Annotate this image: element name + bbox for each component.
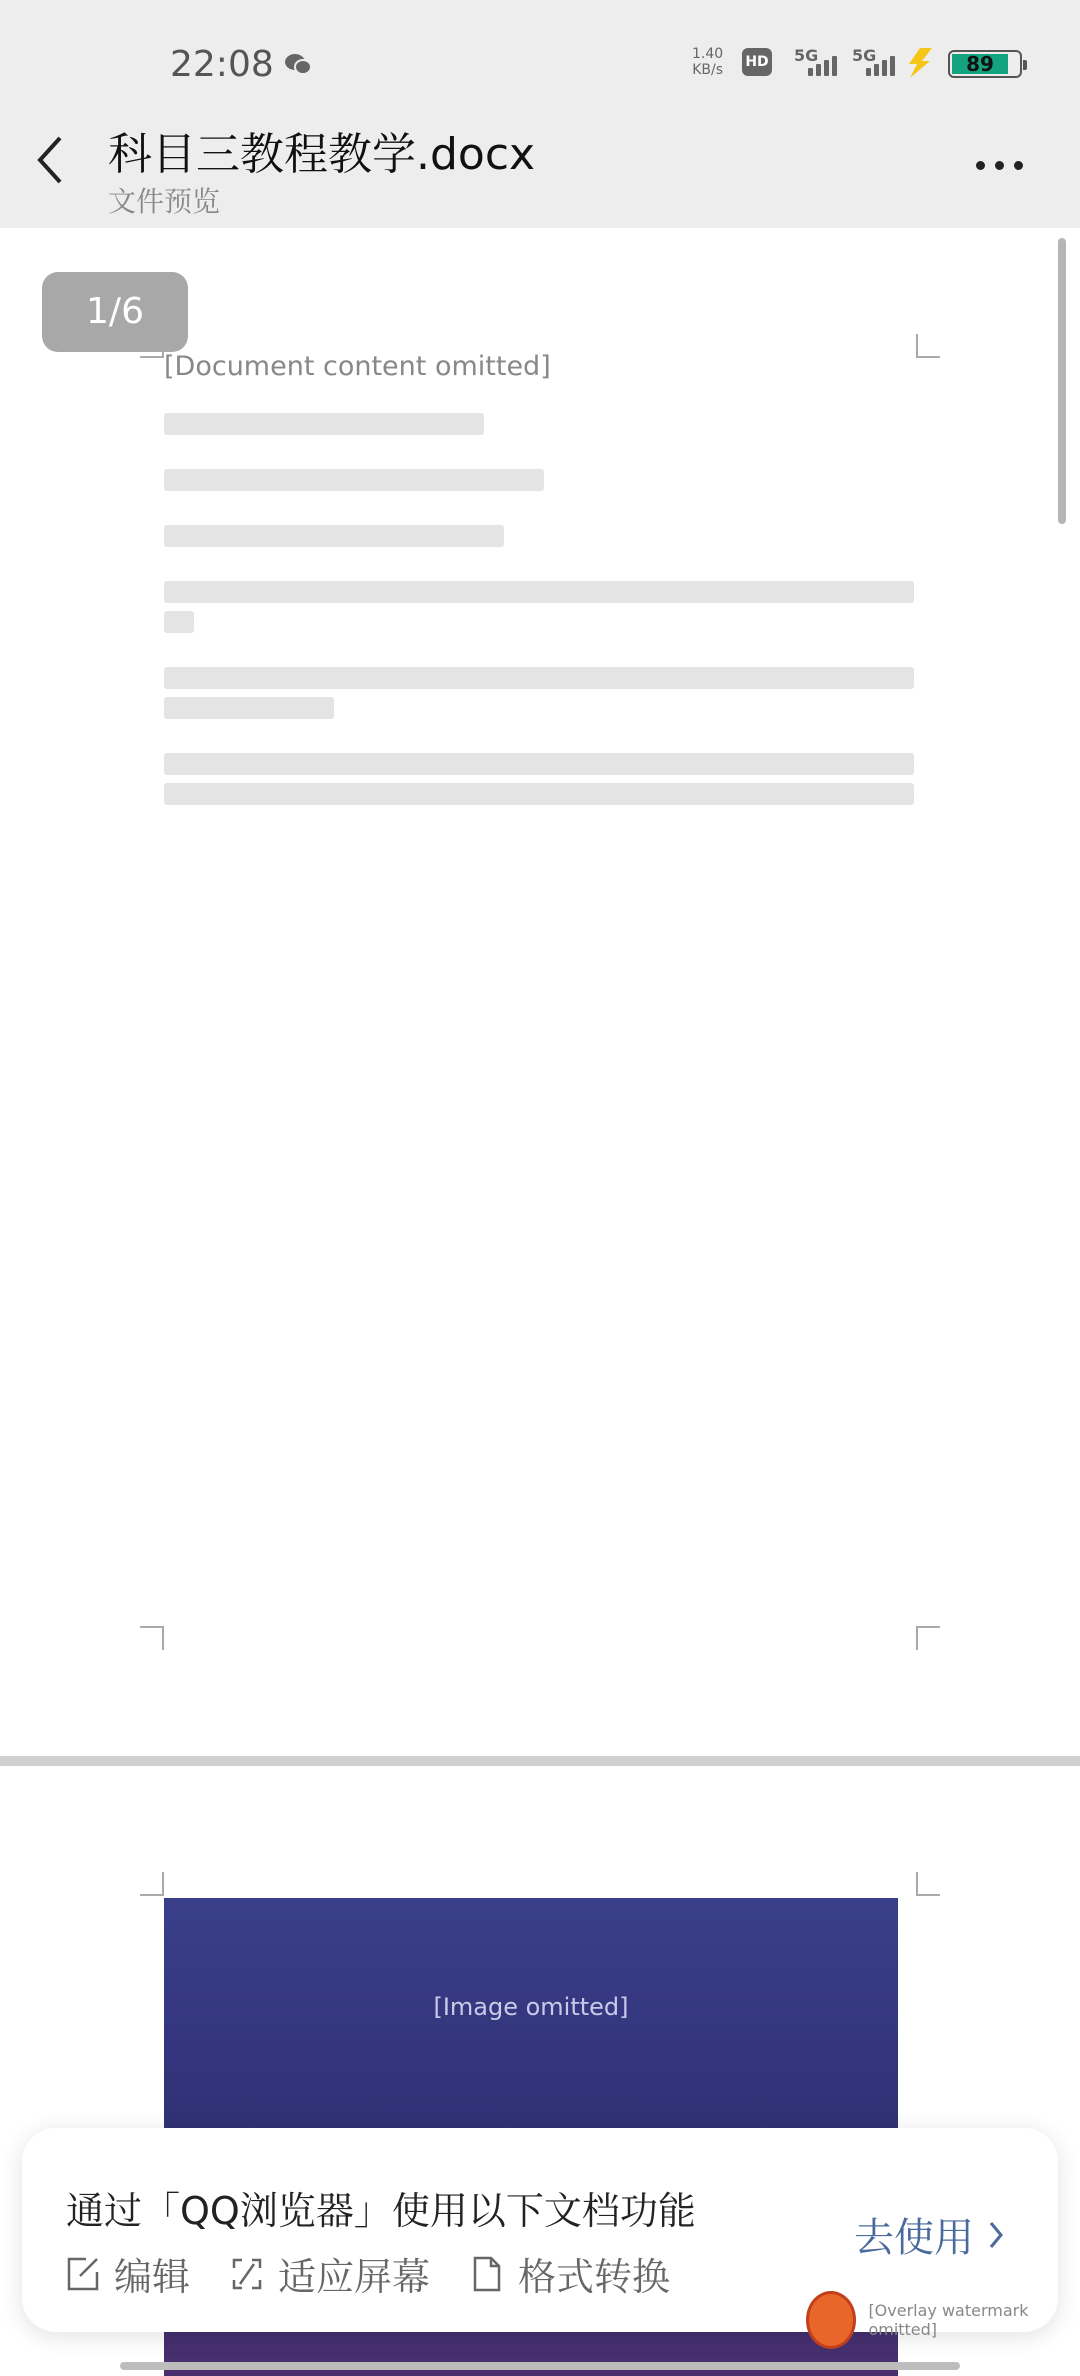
image-notice: [Image omitted] <box>433 1993 628 2021</box>
feature-edit[interactable]: 编辑 <box>66 2246 190 2301</box>
edit-icon <box>66 2256 100 2292</box>
page-counter: 1/6 <box>42 272 188 352</box>
sim2-signal-icon <box>866 56 895 76</box>
battery-cap <box>1023 60 1027 70</box>
back-button[interactable] <box>30 132 70 188</box>
sim1-signal-icon <box>808 56 837 76</box>
more-options-button[interactable] <box>976 150 1036 180</box>
wechat-notification-icon <box>284 52 312 76</box>
status-time: 22:08 <box>170 44 274 85</box>
top-bar: 22:08 1.40 KB/s HD 5G 5G 89 科目三教程教学.docx… <box>0 0 1080 228</box>
feature-label: 格式转换 <box>518 2246 670 2301</box>
cta-label: 去使用 <box>854 2206 974 2263</box>
page-margin-corner <box>140 1626 164 1650</box>
promo-features: 编辑 适应屏幕 格式转换 <box>66 2246 670 2301</box>
more-dot-icon <box>1014 161 1023 170</box>
net-speed-unit: KB/s <box>692 62 723 78</box>
battery-indicator: 89 <box>948 50 1022 78</box>
redacted-line <box>164 662 916 722</box>
document-icon <box>470 2256 504 2292</box>
redacted-line <box>164 464 916 494</box>
document-body: [Document content omitted] <box>164 352 916 834</box>
page-margin-corner <box>916 1626 940 1650</box>
more-dot-icon <box>976 161 985 170</box>
page-margin-corner <box>916 334 940 358</box>
more-dot-icon <box>995 161 1004 170</box>
page-margin-corner <box>916 1872 940 1896</box>
status-bar: 22:08 1.40 KB/s HD 5G 5G 89 <box>0 40 1080 90</box>
horizontal-scrollbar[interactable] <box>120 2362 960 2370</box>
feature-fit-screen[interactable]: 适应屏幕 <box>230 2246 430 2301</box>
feature-label: 适应屏幕 <box>278 2246 430 2301</box>
page-divider <box>0 1756 1080 1766</box>
page-margin-corner <box>140 1872 164 1896</box>
redacted-line <box>164 408 916 438</box>
watermark-logo-icon <box>806 2291 856 2349</box>
charging-icon <box>906 48 934 78</box>
redacted-line <box>164 748 916 808</box>
document-notice: [Document content omitted] <box>164 352 916 382</box>
go-use-button[interactable]: 去使用 <box>854 2206 1004 2263</box>
watermark-notice: [Overlay watermark omitted] <box>868 2301 1036 2339</box>
network-speed: 1.40 KB/s <box>692 46 723 78</box>
fit-screen-icon <box>230 2256 264 2292</box>
feature-format-convert[interactable]: 格式转换 <box>470 2246 670 2301</box>
overlay-watermark: [Overlay watermark omitted] <box>806 2290 1036 2350</box>
redacted-line <box>164 576 916 636</box>
redacted-line <box>164 520 916 550</box>
document-title: 科目三教程教学.docx <box>108 118 535 182</box>
net-speed-value: 1.40 <box>692 46 723 62</box>
document-subtitle: 文件预览 <box>108 180 220 220</box>
feature-label: 编辑 <box>114 2246 190 2301</box>
battery-level: 89 <box>952 54 1008 74</box>
promo-title: 通过「QQ浏览器」使用以下文档功能 <box>66 2180 696 2235</box>
hd-voice-icon: HD <box>742 48 772 76</box>
vertical-scrollbar[interactable] <box>1058 238 1066 524</box>
chevron-right-icon <box>988 2220 1004 2250</box>
